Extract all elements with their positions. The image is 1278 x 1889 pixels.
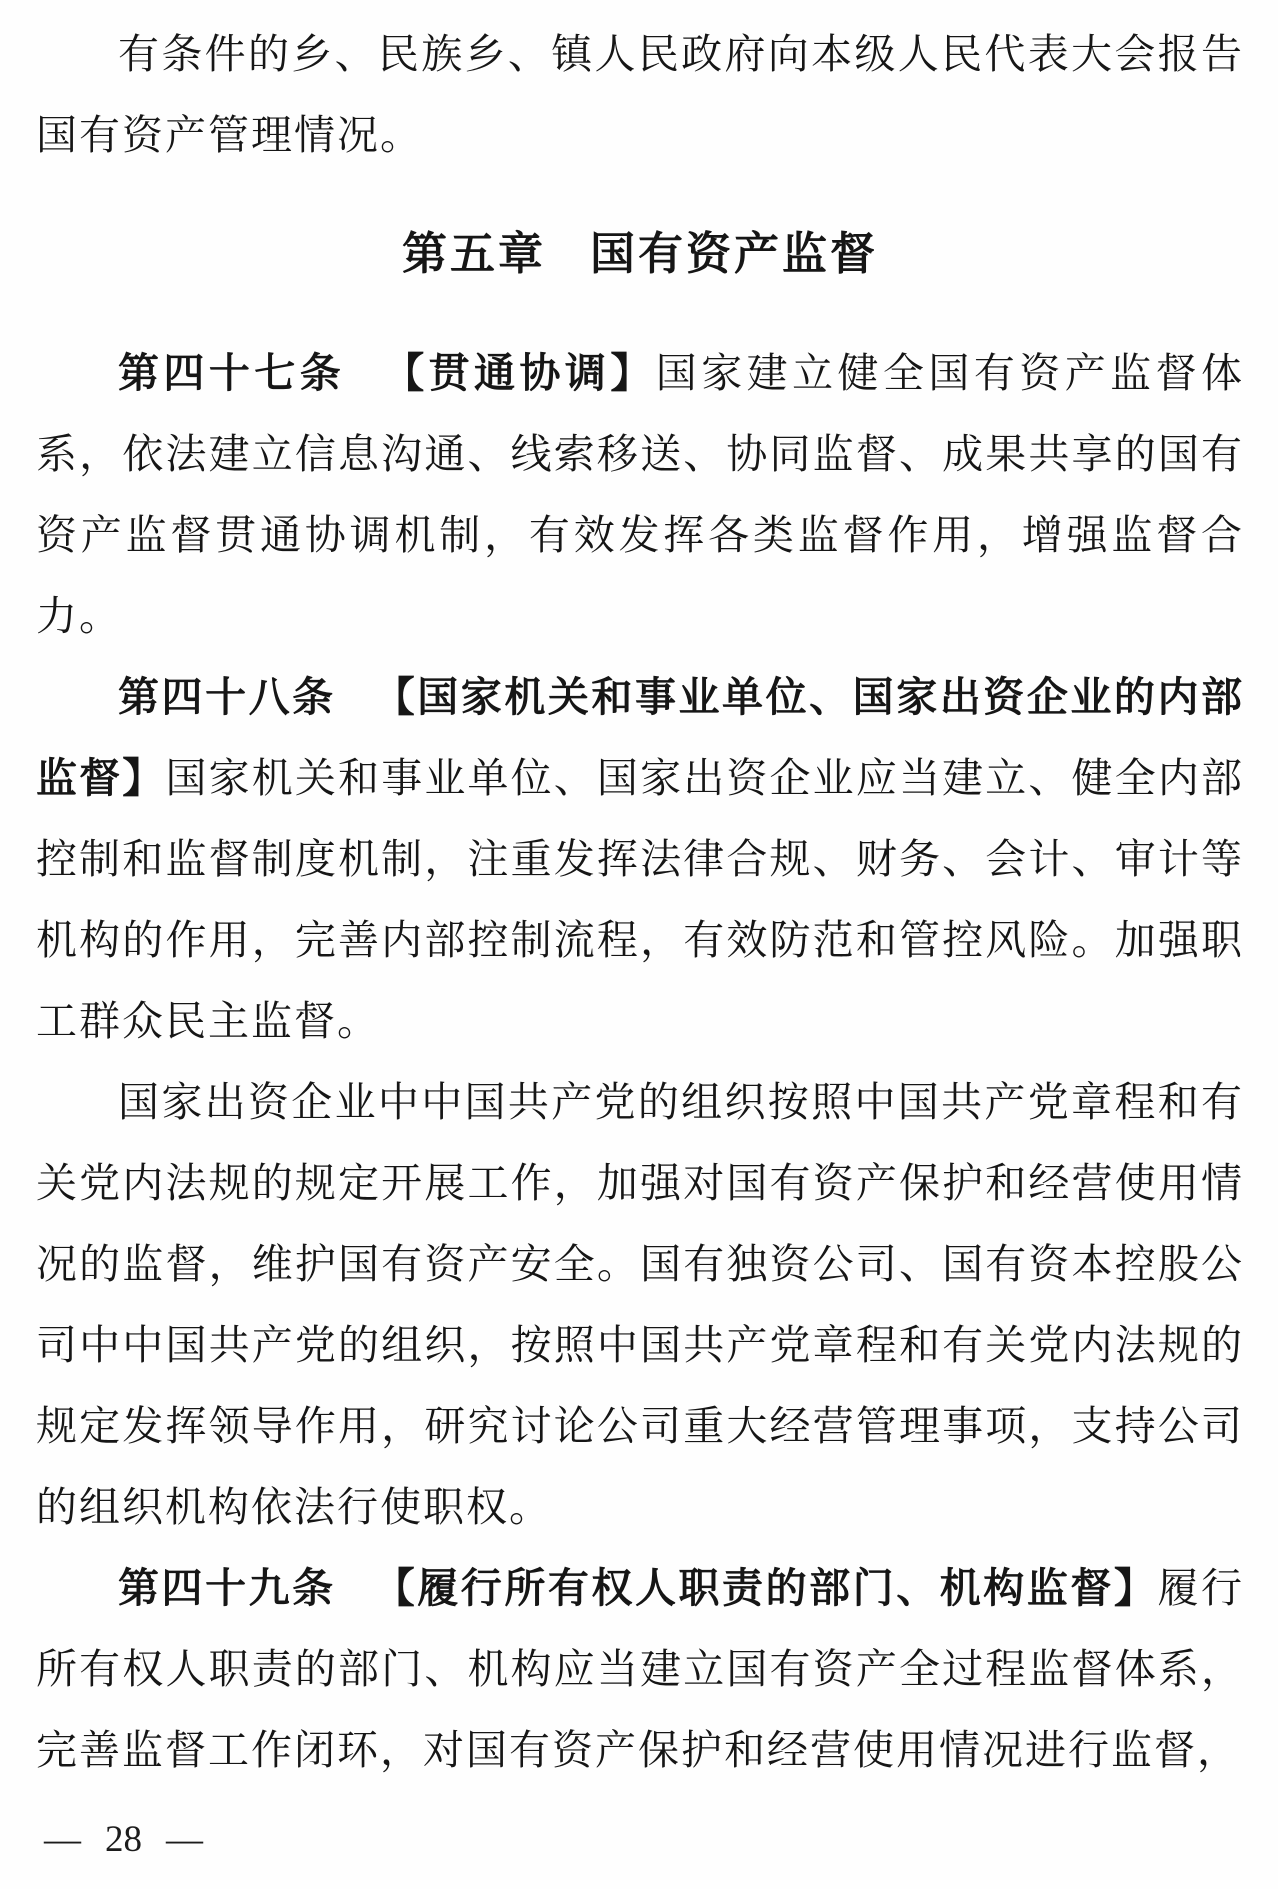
paragraph-intro: 有条件的乡、民族乡、镇人民政府向本级人民代表大会报告国有资产管理情况。 [36,14,1244,176]
chapter-heading: 第五章国有资产监督 [36,212,1244,295]
page-number: —28— [44,1818,203,1861]
party-paragraph-text: 国家出资企业中中国共产党的组织按照中国共产党章程和有关党内法规的规定开展工作，加… [36,1079,1244,1530]
footer-dash-left: — [44,1818,81,1861]
intro-text: 有条件的乡、民族乡、镇人民政府向本级人民代表大会报告国有资产管理情况。 [36,31,1244,158]
article-48-body-text: 国家机关和事业单位、国家出资企业应当建立、健全内部控制和监督制度机制，注重发挥法… [36,755,1244,1044]
paragraph-article-47: 第四十七条【贯通协调】国家建立健全国有资产监督体系，依法建立信息沟通、线索移送、… [36,333,1244,657]
article-47-title: 【贯通协调】 [383,350,656,396]
chapter-number: 第五章 [402,228,546,279]
footer-number: 28 [105,1818,142,1861]
paragraph-article-48: 第四十八条【国家机关和事业单位、国家出资企业的内部监督】国家机关和事业单位、国家… [36,657,1244,1062]
chapter-title: 国有资产监督 [590,228,878,279]
paragraph-party-organization: 国家出资企业中中国共产党的组织按照中国共产党章程和有关党内法规的规定开展工作，加… [36,1062,1244,1548]
article-49-number: 第四十九条 [118,1565,336,1611]
document-body: 有条件的乡、民族乡、镇人民政府向本级人民代表大会报告国有资产管理情况。 第五章国… [36,14,1244,1791]
footer-dash-right: — [166,1818,203,1861]
paragraph-article-49: 第四十九条【履行所有权人职责的部门、机构监督】履行所有权人职责的部门、机构应当建… [36,1548,1244,1791]
article-49-title: 【履行所有权人职责的部门、机构监督】 [374,1565,1158,1611]
article-47-number: 第四十七条 [118,350,345,396]
article-48-number: 第四十八条 [118,674,336,720]
document-page: 有条件的乡、民族乡、镇人民政府向本级人民代表大会报告国有资产管理情况。 第五章国… [0,0,1278,1889]
